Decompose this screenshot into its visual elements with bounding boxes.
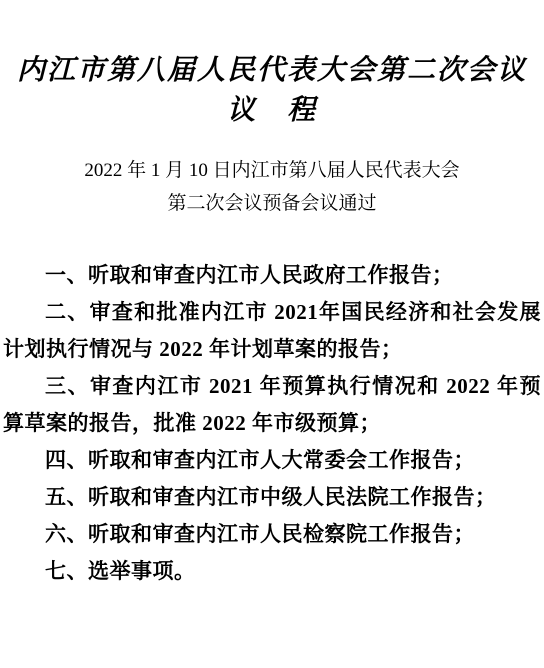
agenda-item-1: 一、听取和审查内江市人民政府工作报告； bbox=[3, 257, 541, 294]
agenda-item-3: 三、审查内江市 2021 年预算执行情况和 2022 年预算草案的报告，批准 2… bbox=[3, 368, 541, 442]
agenda-item-5: 五、听取和审查内江市中级人民法院工作报告； bbox=[3, 479, 541, 516]
document-title: 内江市第八届人民代表大会第二次会议 议 程 bbox=[3, 50, 541, 130]
agenda-item-2: 二、审查和批准内江市 2021年国民经济和社会发展计划执行情况与 2022 年计… bbox=[3, 294, 541, 368]
approval-note: 2022 年 1 月 10 日内江市第八届人民代表大会 第二次会议预备会议通过 bbox=[3, 154, 541, 220]
document-page: 内江市第八届人民代表大会第二次会议 议 程 2022 年 1 月 10 日内江市… bbox=[0, 0, 544, 668]
agenda-list: 一、听取和审查内江市人民政府工作报告； 二、审查和批准内江市 2021年国民经济… bbox=[3, 257, 541, 590]
agenda-item-6: 六、听取和审查内江市人民检察院工作报告； bbox=[3, 516, 541, 553]
agenda-item-7: 七、选举事项。 bbox=[3, 553, 541, 590]
agenda-item-4: 四、听取和审查内江市人大常委会工作报告； bbox=[3, 442, 541, 479]
approval-note-line1: 2022 年 1 月 10 日内江市第八届人民代表大会 bbox=[3, 154, 541, 187]
document-title-line1: 内江市第八届人民代表大会第二次会议 bbox=[3, 50, 541, 90]
document-title-line2: 议 程 bbox=[3, 90, 541, 130]
approval-note-line2: 第二次会议预备会议通过 bbox=[3, 187, 541, 220]
